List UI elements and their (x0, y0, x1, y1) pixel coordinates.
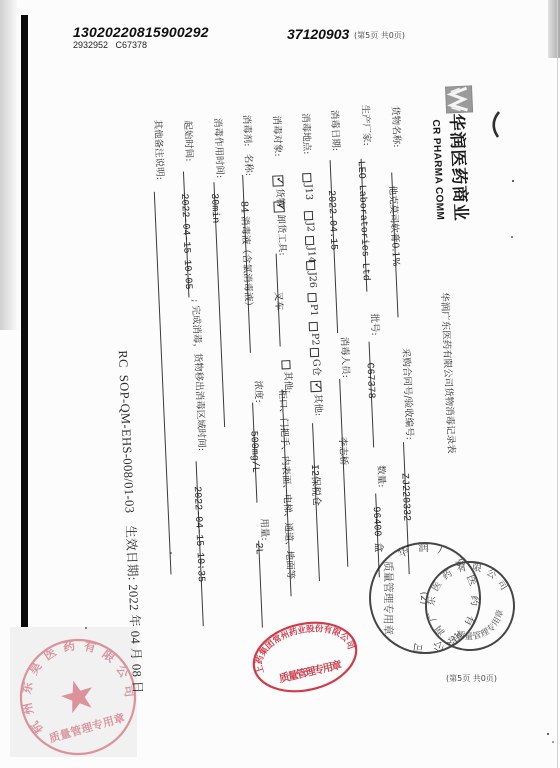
serial-number: 13020220815900292 (73, 24, 209, 40)
checkbox-icon (304, 211, 313, 220)
checkbox-icon (273, 175, 284, 186)
checkbox-icon (305, 236, 314, 245)
target-other-field: 柜口、门把手、内表面、电梯、通道、地面等 (282, 389, 304, 596)
contract-no-label: 采购合同号/验收编号: (398, 348, 416, 440)
manufacturer-value: LEO Laboratories Ltd (355, 161, 371, 281)
logo-name-en: CR PHARMA COMM (430, 119, 445, 220)
checkbox-icon (310, 348, 319, 357)
location-option-other: 其他: (309, 381, 325, 417)
page-info-top: (第5页 共0页) (354, 30, 405, 41)
manufacturer-label: 生产厂家: (357, 104, 373, 146)
goods-name-label: 货物名称: (387, 106, 403, 148)
target-other-value: 柜口、门把手、内表面、电梯、通道、地面等 (277, 389, 296, 579)
amount-label: 用量: (256, 518, 271, 541)
start-time-label: 起始时间: (180, 120, 196, 162)
start-time-field: 2022-04-15 10:05 (183, 171, 201, 297)
disinfectant-name-label: 名称: (240, 153, 255, 176)
location-option-j26: J26 (304, 261, 319, 288)
quantity-label: 数量: (373, 465, 388, 488)
option-label: 卸货工具: (273, 214, 289, 256)
sub-codes: 2932952 C67378 (73, 40, 147, 50)
checkbox-icon (308, 293, 317, 302)
duration-field: 30min (213, 182, 237, 427)
checkbox-icon (303, 173, 312, 182)
option-label: J13 (301, 184, 316, 201)
document-number: 37120903 (287, 26, 349, 42)
doc-code: RC SOP-QM-EHS-008/01-03 (116, 350, 137, 514)
logo-name-cn: 华润医药商业 (446, 113, 471, 222)
option-label: P1 (306, 304, 321, 317)
quantity-field: 96400 盒 (375, 493, 392, 577)
location-option-g-warehouse: G仓 (308, 348, 323, 377)
concentration-value: 500mg/L (247, 431, 260, 473)
checkbox-icon (282, 360, 291, 369)
contract-no-field: ZJ220332 (403, 442, 422, 574)
concentration-label: 浓度: (250, 380, 265, 403)
effective-date-label: 生效日期: (123, 525, 139, 581)
end-time-field: 2022-04-15 10:35 (196, 461, 216, 626)
batch-no-label: 批号: (366, 313, 381, 336)
form-title: 华润广东医药有限公司货物消毒记录表 (436, 292, 457, 454)
location-label: 消毒地点: (298, 113, 314, 155)
location-option-p2: P2 (307, 322, 322, 346)
goods-name-value: 他克莫司软膏0.1% (387, 185, 402, 267)
end-time-value: 2022-04-15 10:35 (191, 486, 206, 582)
batch-no-field: C67378 (369, 341, 387, 447)
disinfectant-label: 消毒剂: (239, 114, 254, 146)
location-option-p1: P1 (305, 293, 320, 317)
location-option-j13: J13 (300, 173, 315, 200)
batch-no-value: C67378 (363, 362, 376, 398)
operator-label: 消毒人员: (336, 336, 352, 378)
location-option-j2: J2 (302, 211, 317, 232)
disinfection-date-field: 2022.04.15 (330, 160, 351, 333)
disinfection-date-label: 消毒日期: (326, 110, 342, 152)
option-label: P2 (307, 333, 322, 346)
option-label: 其他: (310, 394, 325, 417)
target-tools-field: 叉车 (276, 253, 293, 346)
location-other-field: I2保税仓 (312, 423, 332, 581)
contract-no-value: ZJ220332 (398, 473, 411, 521)
disinfectant-name-field: 84 消毒液（含氯消毒液） (242, 174, 263, 352)
operator-value: 李志桥 (337, 437, 349, 466)
document-control-footer: RC SOP-QM-EHS-008/01-03生效日期: 2022 年 04 月… (115, 350, 146, 694)
checkbox-icon (311, 381, 322, 392)
location-option-j14: J14 (303, 236, 318, 263)
disinfection-record-form: 华润医药商业 CR PHARMA COMM 华润广东医药有限公司货物消毒记录表 … (36, 71, 503, 730)
concentration-field: 500mg/L (252, 402, 269, 502)
checkbox-icon (309, 322, 318, 331)
manufacturer-field: LEO Laboratories Ltd (361, 158, 380, 291)
scan-border-bar (21, 15, 28, 628)
page-info-bottom: (第5页 共0页) (446, 673, 497, 684)
checkbox-icon (306, 261, 315, 270)
remarks-label: 其他备注说明: (150, 119, 167, 180)
quantity-value: 96400 盒 (370, 506, 383, 552)
checkbox-icon (274, 201, 285, 212)
option-label: J2 (302, 222, 316, 232)
scan-edge-line (557, 0, 558, 768)
remarks-field (154, 191, 184, 574)
disinfection-date-value: 2022.04.15 (325, 190, 339, 250)
operator-field: 李志桥 (339, 378, 360, 566)
end-time-label: ; 完成消毒，货物移出消毒区域时间: (188, 299, 209, 451)
location-other-value: I2保税仓 (308, 464, 321, 506)
amount-value: 2L (252, 542, 264, 554)
duration-label: 消毒作用时间: (210, 118, 227, 179)
target-label: 消毒对象: (269, 115, 285, 157)
effective-date: 2022 年 04 月 08 日 (126, 584, 145, 694)
scan-shadow-left (0, 0, 18, 330)
option-label: J26 (304, 272, 319, 289)
target-tools-value: 叉车 (272, 291, 284, 310)
scan-shadow-right (548, 0, 560, 58)
amount-field: 2L (258, 540, 275, 627)
start-time-value: 2022-04-15 10:05 (178, 193, 193, 289)
scan-artifact-mark (494, 112, 499, 137)
disinfectant-name-value: 84 消毒液（含氯消毒液） (238, 201, 254, 311)
option-label: G仓 (308, 359, 323, 377)
cr-pharma-logo-icon (444, 85, 473, 114)
goods-name-field: 他克莫司软膏0.1% (391, 172, 410, 317)
target-option-tools: 卸货工具: (272, 201, 288, 256)
duration-value: 30min (208, 193, 220, 223)
